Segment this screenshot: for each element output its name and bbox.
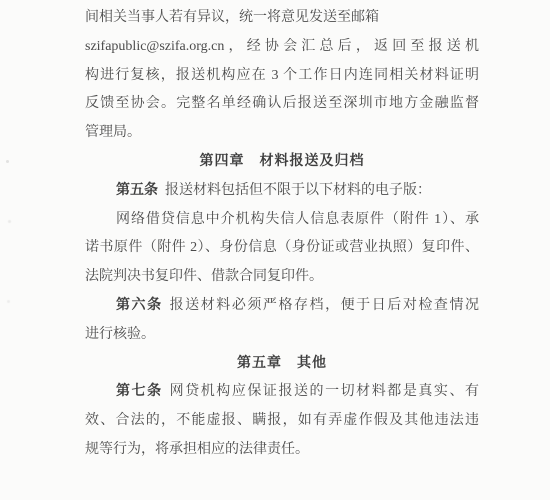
document-line: szifapublic@szifa.org.cn，经协会汇总后，返回至报送机 (85, 33, 479, 62)
article-number-label: 第七条 (116, 384, 163, 399)
document-line: 诺书原件（附件 2）、身份信息（身份证或营业执照）复印件、 (85, 234, 479, 263)
document-line: 反馈至协会。完整名单经确认后报送至深圳市地方金融监督 (85, 90, 479, 119)
document-line: 进行核验。 (85, 321, 479, 350)
document-line: 管理局。 (85, 119, 479, 148)
document-line: 法院判决书复印件、借款合同复印件。 (85, 263, 479, 292)
document-line: 规等行为，将承担相应的法律责任。 (85, 436, 479, 465)
document-line: 网络借贷信息中介机构失信人信息表原件（附件 1）、承 (85, 206, 479, 235)
page-text: 间相关当事人若有异议，统一将意见发送至邮箱szifapublic@szifa.o… (85, 4, 479, 465)
document-line: 间相关当事人若有异议，统一将意见发送至邮箱 (85, 4, 479, 33)
article-number-label: 第五条 (116, 183, 158, 198)
document-line: 第五条报送材料包括但不限于以下材料的电子版： (85, 177, 479, 206)
document-line: 构进行复核，报送机构应在 3 个工作日内连同相关材料证明 (85, 62, 479, 91)
document-page: 间相关当事人若有异议，统一将意见发送至邮箱szifapublic@szifa.o… (0, 0, 550, 500)
scan-speckles (6, 160, 9, 163)
document-line: 效、合法的，不能虚报、瞒报，如有弄虚作假及其他违法违 (85, 407, 479, 436)
document-line: 第六条报送材料必须严格存档，便于日后对检查情况 (85, 292, 479, 321)
document-line: 第七条网贷机构应保证报送的一切材料都是真实、有 (85, 378, 479, 407)
chapter-heading: 第四章 材料报送及归档 (85, 148, 479, 177)
chapter-heading: 第五章 其他 (85, 350, 479, 379)
article-number-label: 第六条 (116, 298, 163, 313)
